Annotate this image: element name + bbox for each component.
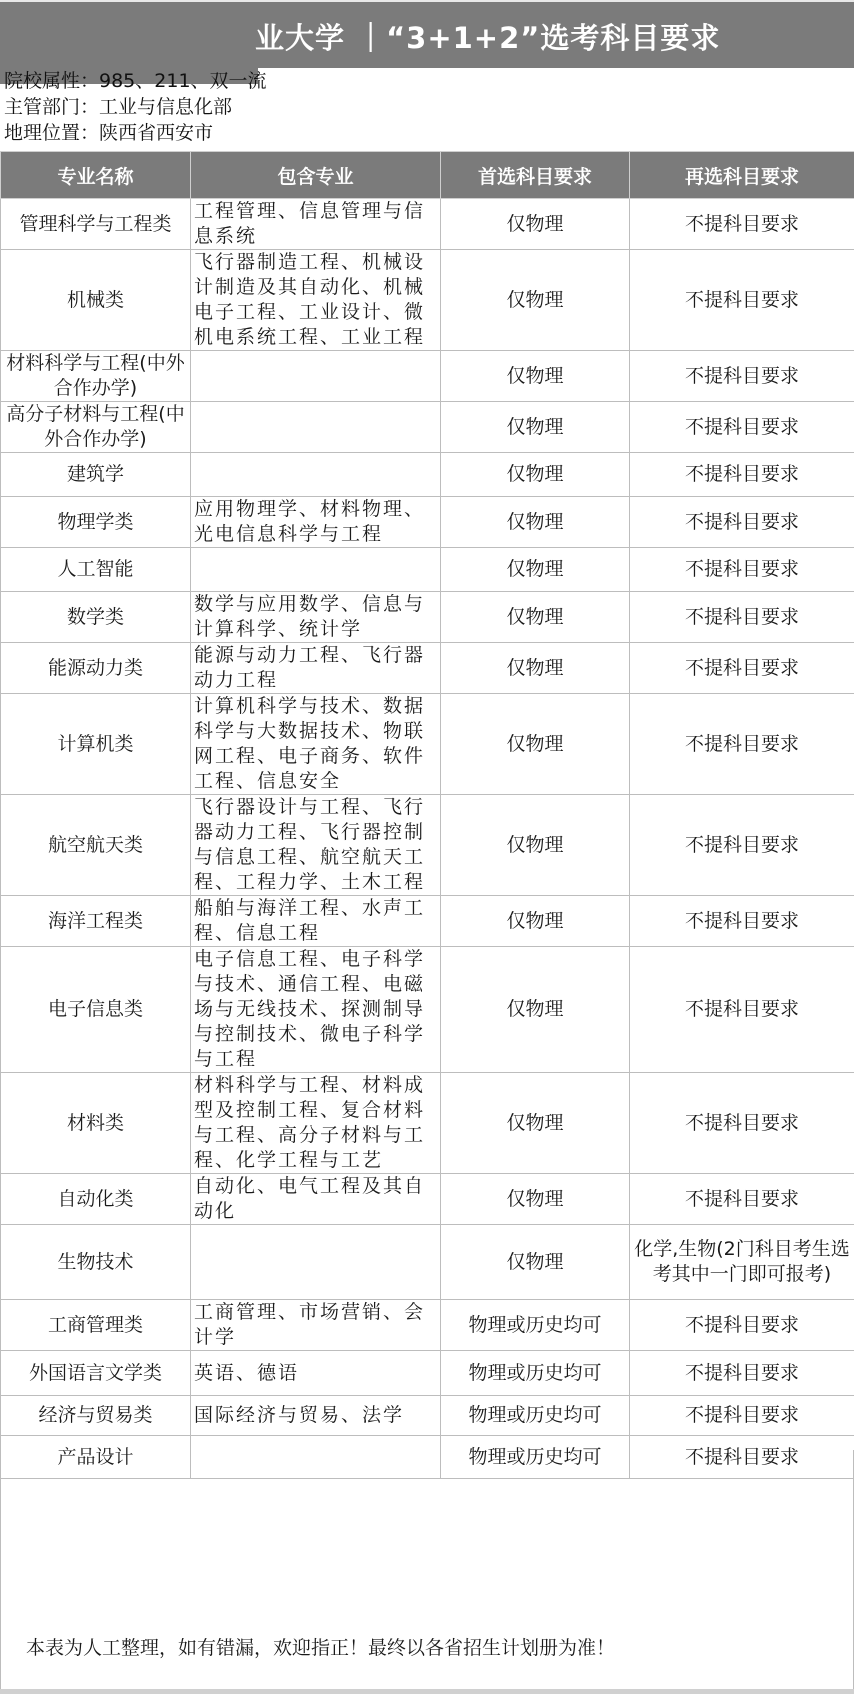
cell-first-subject: 物理或历史均可 — [441, 1300, 630, 1351]
table-row: 航空航天类飞行器设计与工程、飞行器动力工程、飞行器控制与信息工程、航空航天工程、… — [1, 795, 854, 896]
table-row: 电子信息类电子信息工程、电子科学与技术、通信工程、电磁场与无线技术、探测制导与控… — [1, 947, 854, 1073]
cell-first-subject: 仅物理 — [441, 351, 630, 402]
supervising-department: 主管部门：工业与信息化部 — [4, 92, 232, 119]
title-bar: 业大学 ｜“3+1+2”选考科目要求 — [0, 0, 854, 68]
cell-second-subject: 不提科目要求 — [630, 250, 854, 351]
table-header-row: 专业名称 包含专业 首选科目要求 再选科目要求 — [1, 152, 854, 199]
cell-major-name: 能源动力类 — [1, 643, 191, 694]
table-row: 计算机类计算机科学与技术、数据科学与大数据技术、物联网工程、电子商务、软件工程、… — [1, 694, 854, 795]
cell-first-subject: 仅物理 — [441, 1073, 630, 1174]
cell-included-majors: 英语、德语 — [191, 1351, 441, 1396]
cell-included-majors — [191, 402, 441, 453]
cell-included-majors: 飞行器设计与工程、飞行器动力工程、飞行器控制与信息工程、航空航天工程、工程力学、… — [191, 795, 441, 896]
cell-second-subject: 化学,生物(2门科目考生选考其中一门即可报考) — [630, 1225, 854, 1300]
cell-major-name: 外国语言文学类 — [1, 1351, 191, 1396]
cell-major-name: 机械类 — [1, 250, 191, 351]
cell-second-subject: 不提科目要求 — [630, 947, 854, 1073]
cell-second-subject: 不提科目要求 — [630, 1300, 854, 1351]
cell-included-majors: 材料科学与工程、材料成型及控制工程、复合材料与工程、高分子材料与工程、化学工程与… — [191, 1073, 441, 1174]
cell-first-subject: 仅物理 — [441, 1225, 630, 1300]
cell-major-name: 高分子材料与工程(中外合作办学) — [1, 402, 191, 453]
cell-first-subject: 仅物理 — [441, 694, 630, 795]
cell-major-name: 经济与贸易类 — [1, 1396, 191, 1436]
cell-second-subject: 不提科目要求 — [630, 1351, 854, 1396]
cell-major-name: 航空航天类 — [1, 795, 191, 896]
cell-second-subject: 不提科目要求 — [630, 896, 854, 947]
table-row: 建筑学仅物理不提科目要求 — [1, 453, 854, 497]
table-row: 管理科学与工程类工程管理、信息管理与信息系统仅物理不提科目要求 — [1, 199, 854, 250]
column-header-second-subject: 再选科目要求 — [630, 152, 854, 199]
table-row: 外国语言文学类英语、德语物理或历史均可不提科目要求 — [1, 1351, 854, 1396]
cell-first-subject: 仅物理 — [441, 947, 630, 1073]
cell-included-majors: 工程管理、信息管理与信息系统 — [191, 199, 441, 250]
cell-second-subject: 不提科目要求 — [630, 351, 854, 402]
cell-second-subject: 不提科目要求 — [630, 453, 854, 497]
bottom-border — [0, 1689, 854, 1694]
cell-major-name: 生物技术 — [1, 1225, 191, 1300]
table-row: 材料类材料科学与工程、材料成型及控制工程、复合材料与工程、高分子材料与工程、化学… — [1, 1073, 854, 1174]
cell-included-majors — [191, 548, 441, 592]
cell-included-majors: 国际经济与贸易、法学 — [191, 1396, 441, 1436]
table-row: 经济与贸易类国际经济与贸易、法学物理或历史均可不提科目要求 — [1, 1396, 854, 1436]
cell-second-subject: 不提科目要求 — [630, 795, 854, 896]
table-row: 海洋工程类船舶与海洋工程、水声工程、信息工程仅物理不提科目要求 — [1, 896, 854, 947]
cell-included-majors: 飞行器制造工程、机械设计制造及其自动化、机械电子工程、工业设计、微机电系统工程、… — [191, 250, 441, 351]
cell-first-subject: 仅物理 — [441, 1174, 630, 1225]
cell-included-majors: 自动化、电气工程及其自动化 — [191, 1174, 441, 1225]
table-row: 人工智能仅物理不提科目要求 — [1, 548, 854, 592]
table-row: 材料科学与工程(中外合作办学)仅物理不提科目要求 — [1, 351, 854, 402]
cell-major-name: 计算机类 — [1, 694, 191, 795]
cell-included-majors — [191, 351, 441, 402]
cell-included-majors: 数学与应用数学、信息与计算科学、统计学 — [191, 592, 441, 643]
cell-first-subject: 仅物理 — [441, 548, 630, 592]
cell-second-subject: 不提科目要求 — [630, 1073, 854, 1174]
cell-first-subject: 仅物理 — [441, 896, 630, 947]
page-title: 业大学 ｜“3+1+2”选考科目要求 — [255, 16, 720, 57]
cell-major-name: 材料科学与工程(中外合作办学) — [1, 351, 191, 402]
cell-included-majors: 电子信息工程、电子科学与技术、通信工程、电磁场与无线技术、探测制导与控制技术、微… — [191, 947, 441, 1073]
cell-first-subject: 物理或历史均可 — [441, 1396, 630, 1436]
cell-second-subject: 不提科目要求 — [630, 1174, 854, 1225]
cell-first-subject: 仅物理 — [441, 643, 630, 694]
cell-major-name: 建筑学 — [1, 453, 191, 497]
cell-major-name: 工商管理类 — [1, 1300, 191, 1351]
column-header-included-majors: 包含专业 — [191, 152, 441, 199]
cell-first-subject: 物理或历史均可 — [441, 1351, 630, 1396]
cell-included-majors: 能源与动力工程、飞行器动力工程 — [191, 643, 441, 694]
footer-note: 本表为人工整理，如有错漏，欢迎指正！最终以各省招生计划册为准！ — [26, 1633, 615, 1660]
table-row: 物理学类应用物理学、材料物理、光电信息科学与工程仅物理不提科目要求 — [1, 497, 854, 548]
cell-first-subject: 仅物理 — [441, 199, 630, 250]
cell-major-name: 电子信息类 — [1, 947, 191, 1073]
cell-second-subject: 不提科目要求 — [630, 1396, 854, 1436]
cell-included-majors: 船舶与海洋工程、水声工程、信息工程 — [191, 896, 441, 947]
table-row: 自动化类自动化、电气工程及其自动化仅物理不提科目要求 — [1, 1174, 854, 1225]
cell-included-majors: 应用物理学、材料物理、光电信息科学与工程 — [191, 497, 441, 548]
cell-included-majors — [191, 453, 441, 497]
cell-first-subject: 仅物理 — [441, 795, 630, 896]
column-header-first-subject: 首选科目要求 — [441, 152, 630, 199]
cell-second-subject: 不提科目要求 — [630, 694, 854, 795]
cell-first-subject: 仅物理 — [441, 250, 630, 351]
cell-second-subject: 不提科目要求 — [630, 497, 854, 548]
cell-major-name: 人工智能 — [1, 548, 191, 592]
table-row: 工商管理类工商管理、市场营销、会计学物理或历史均可不提科目要求 — [1, 1300, 854, 1351]
table-row: 数学类数学与应用数学、信息与计算科学、统计学仅物理不提科目要求 — [1, 592, 854, 643]
cell-major-name: 海洋工程类 — [1, 896, 191, 947]
cell-major-name: 管理科学与工程类 — [1, 199, 191, 250]
cell-first-subject: 仅物理 — [441, 592, 630, 643]
subject-requirements-table: 专业名称 包含专业 首选科目要求 再选科目要求 管理科学与工程类工程管理、信息管… — [0, 151, 854, 1479]
cell-first-subject: 仅物理 — [441, 453, 630, 497]
cell-second-subject: 不提科目要求 — [630, 402, 854, 453]
table-row: 能源动力类能源与动力工程、飞行器动力工程仅物理不提科目要求 — [1, 643, 854, 694]
table-row: 机械类飞行器制造工程、机械设计制造及其自动化、机械电子工程、工业设计、微机电系统… — [1, 250, 854, 351]
cell-included-majors — [191, 1225, 441, 1300]
cell-major-name: 数学类 — [1, 592, 191, 643]
cell-major-name: 物理学类 — [1, 497, 191, 548]
cell-first-subject: 仅物理 — [441, 497, 630, 548]
cell-second-subject: 不提科目要求 — [630, 548, 854, 592]
cell-second-subject: 不提科目要求 — [630, 592, 854, 643]
cell-second-subject: 不提科目要求 — [630, 199, 854, 250]
cell-first-subject: 仅物理 — [441, 402, 630, 453]
cell-included-majors: 计算机科学与技术、数据科学与大数据技术、物联网工程、电子商务、软件工程、信息安全 — [191, 694, 441, 795]
geographic-location: 地理位置：陕西省西安市 — [4, 118, 213, 145]
cell-included-majors: 工商管理、市场营销、会计学 — [191, 1300, 441, 1351]
column-header-major: 专业名称 — [1, 152, 191, 199]
table-row: 高分子材料与工程(中外合作办学)仅物理不提科目要求 — [1, 402, 854, 453]
school-attributes: 院校属性：985、211、双一流 — [4, 66, 267, 93]
cell-second-subject: 不提科目要求 — [630, 643, 854, 694]
table-row: 生物技术仅物理化学,生物(2门科目考生选考其中一门即可报考) — [1, 1225, 854, 1300]
cell-major-name: 材料类 — [1, 1073, 191, 1174]
cell-major-name: 自动化类 — [1, 1174, 191, 1225]
